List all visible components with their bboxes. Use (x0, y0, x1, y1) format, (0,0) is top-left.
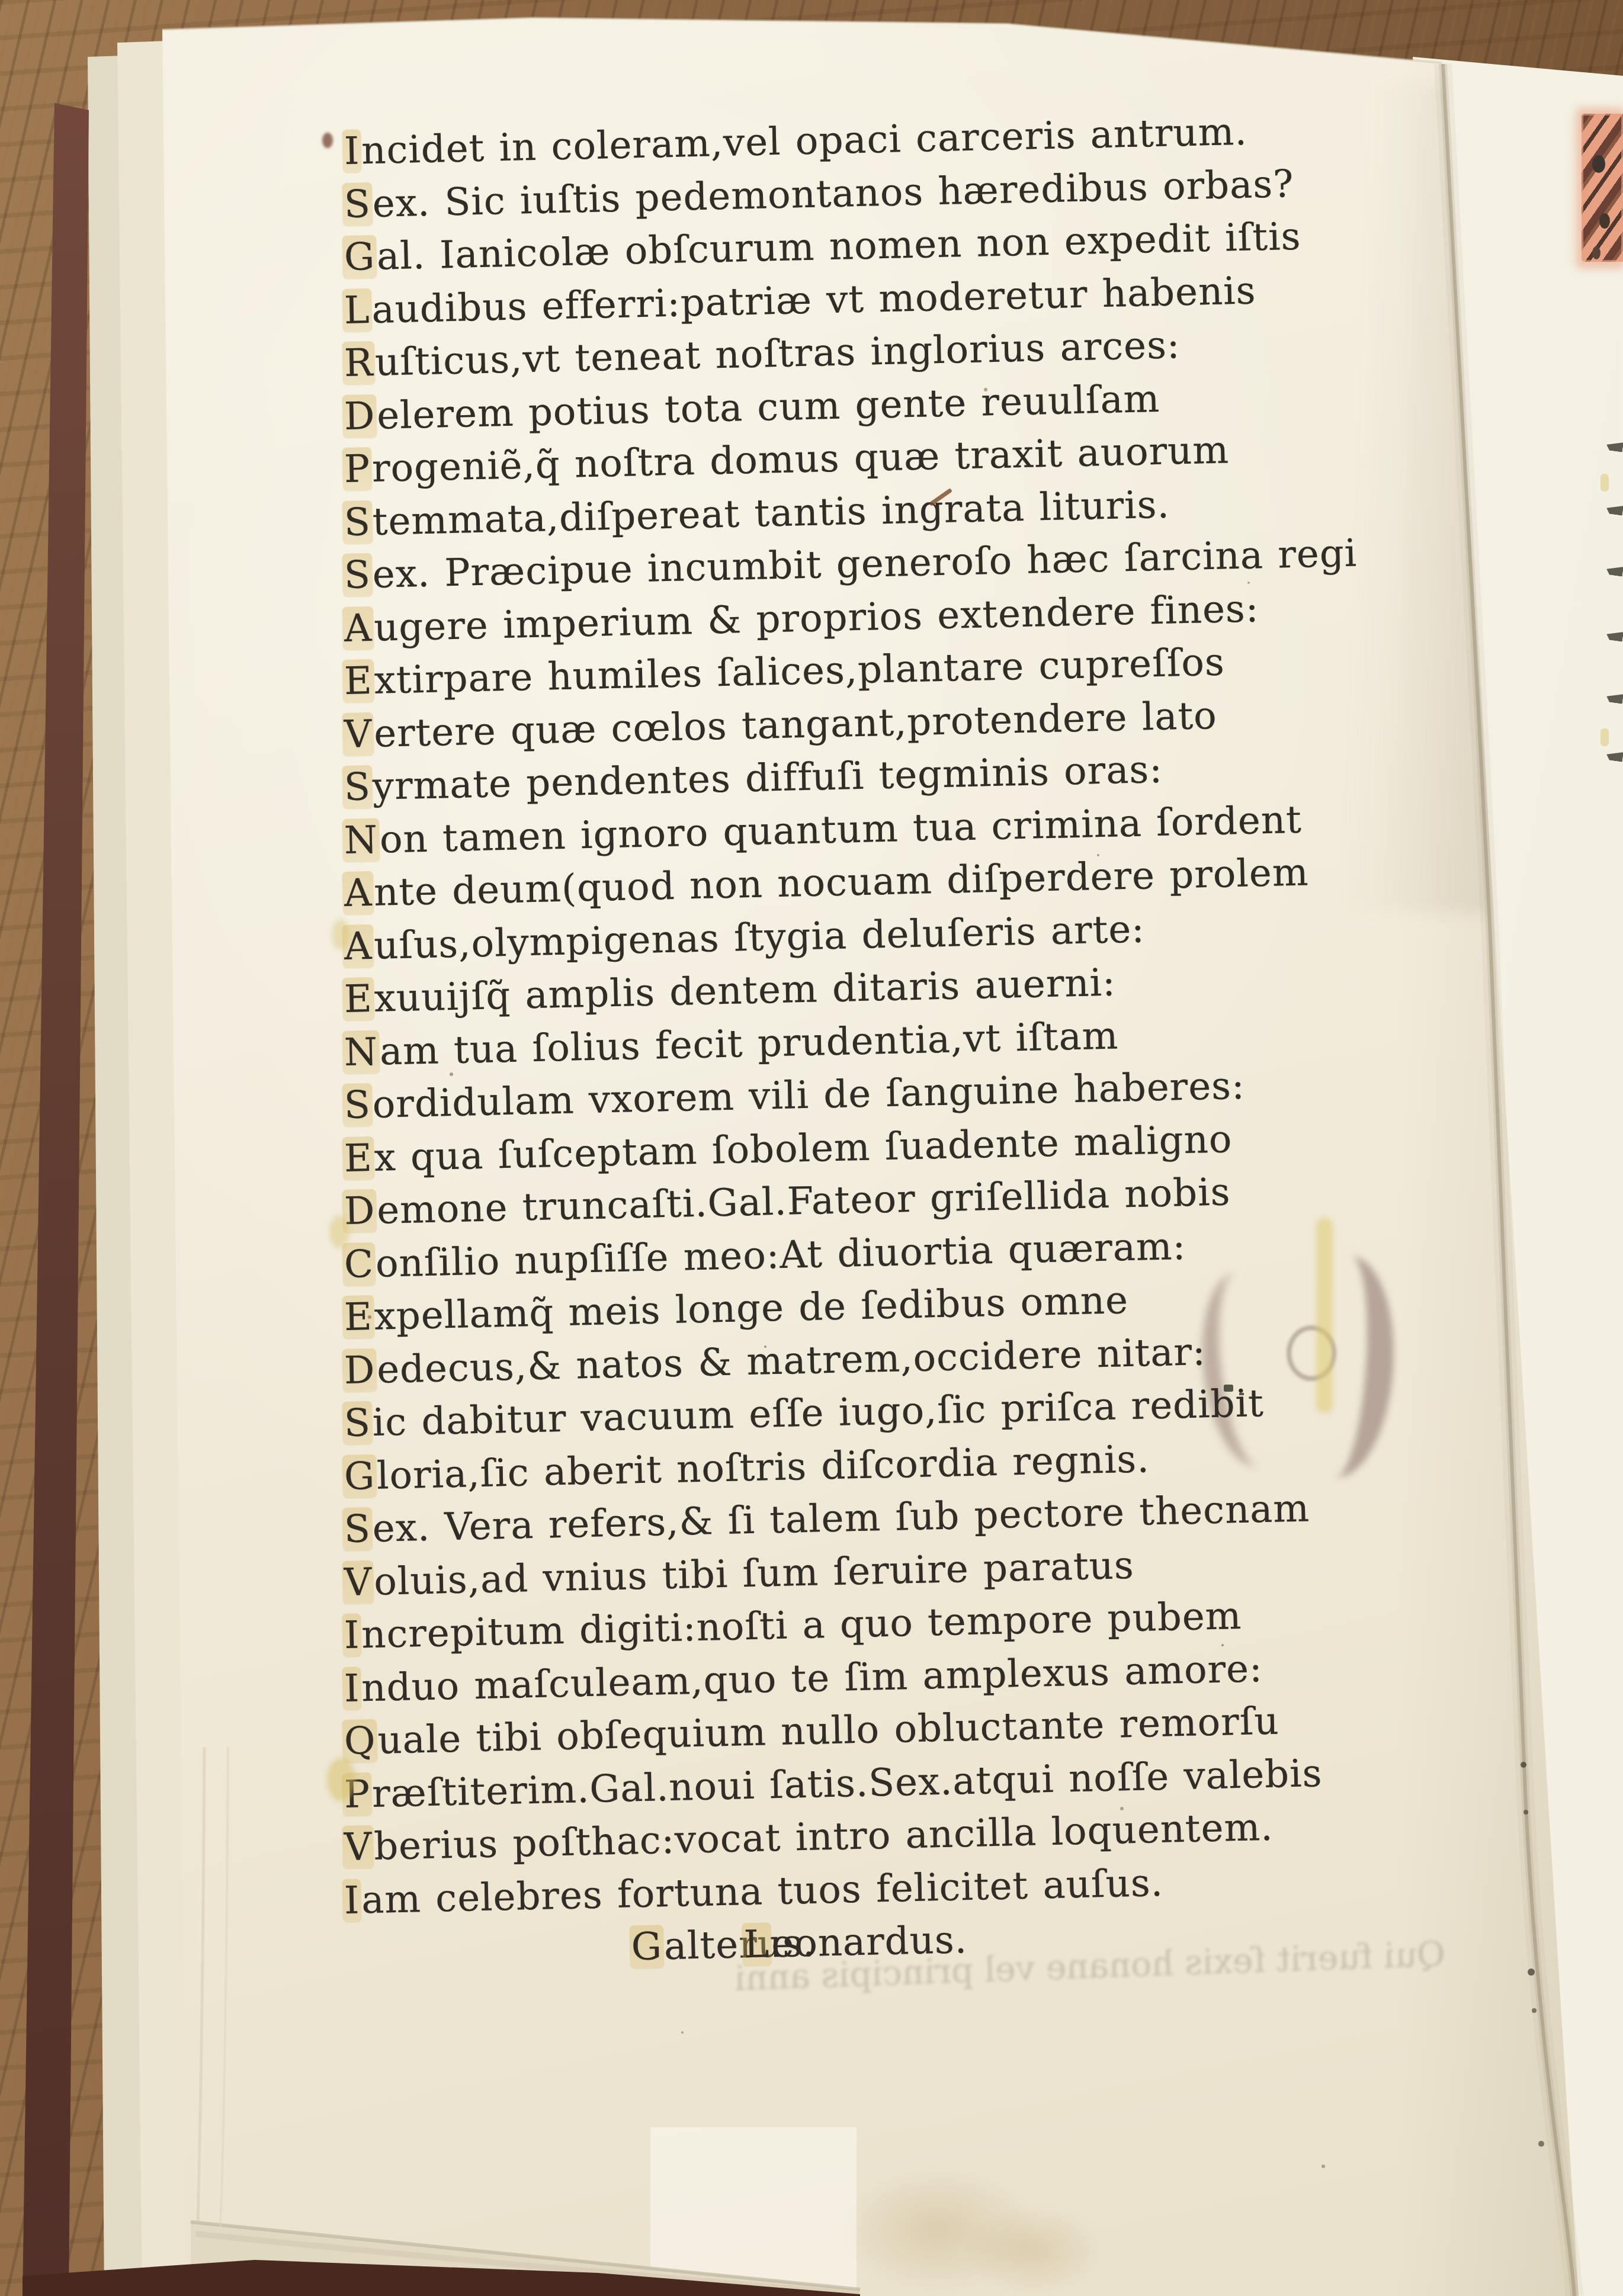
facing-page-line-start (1606, 564, 1623, 577)
facing-page-line-start (1606, 503, 1623, 516)
book-page: Lamar en adſibeth?Il panis etiaNiemp eti… (0, 0, 1623, 2296)
facing-page-line-start (1606, 692, 1623, 704)
yellow-blob (327, 1758, 355, 1802)
facing-page-line-start (1606, 440, 1623, 452)
light-exposure-band (650, 2127, 857, 2296)
yellow-blob (329, 1215, 349, 1248)
facing-page-yellow-dab (1600, 728, 1609, 746)
facing-page-yellow-dab (1600, 474, 1609, 492)
tan-stain (966, 2206, 1102, 2295)
red-ink-spot (322, 133, 333, 148)
verse-text-block: Incidet in coleram,vel opaci carceris an… (342, 126, 1379, 1928)
facing-page-line-start (1606, 630, 1623, 642)
illuminated-border-fragment (1582, 114, 1623, 262)
facing-page-line-start (1606, 750, 1623, 762)
book-photo: Lamar en adſibeth?Il panis etiaNiemp eti… (0, 0, 1623, 2296)
yellow-blob (332, 919, 349, 950)
